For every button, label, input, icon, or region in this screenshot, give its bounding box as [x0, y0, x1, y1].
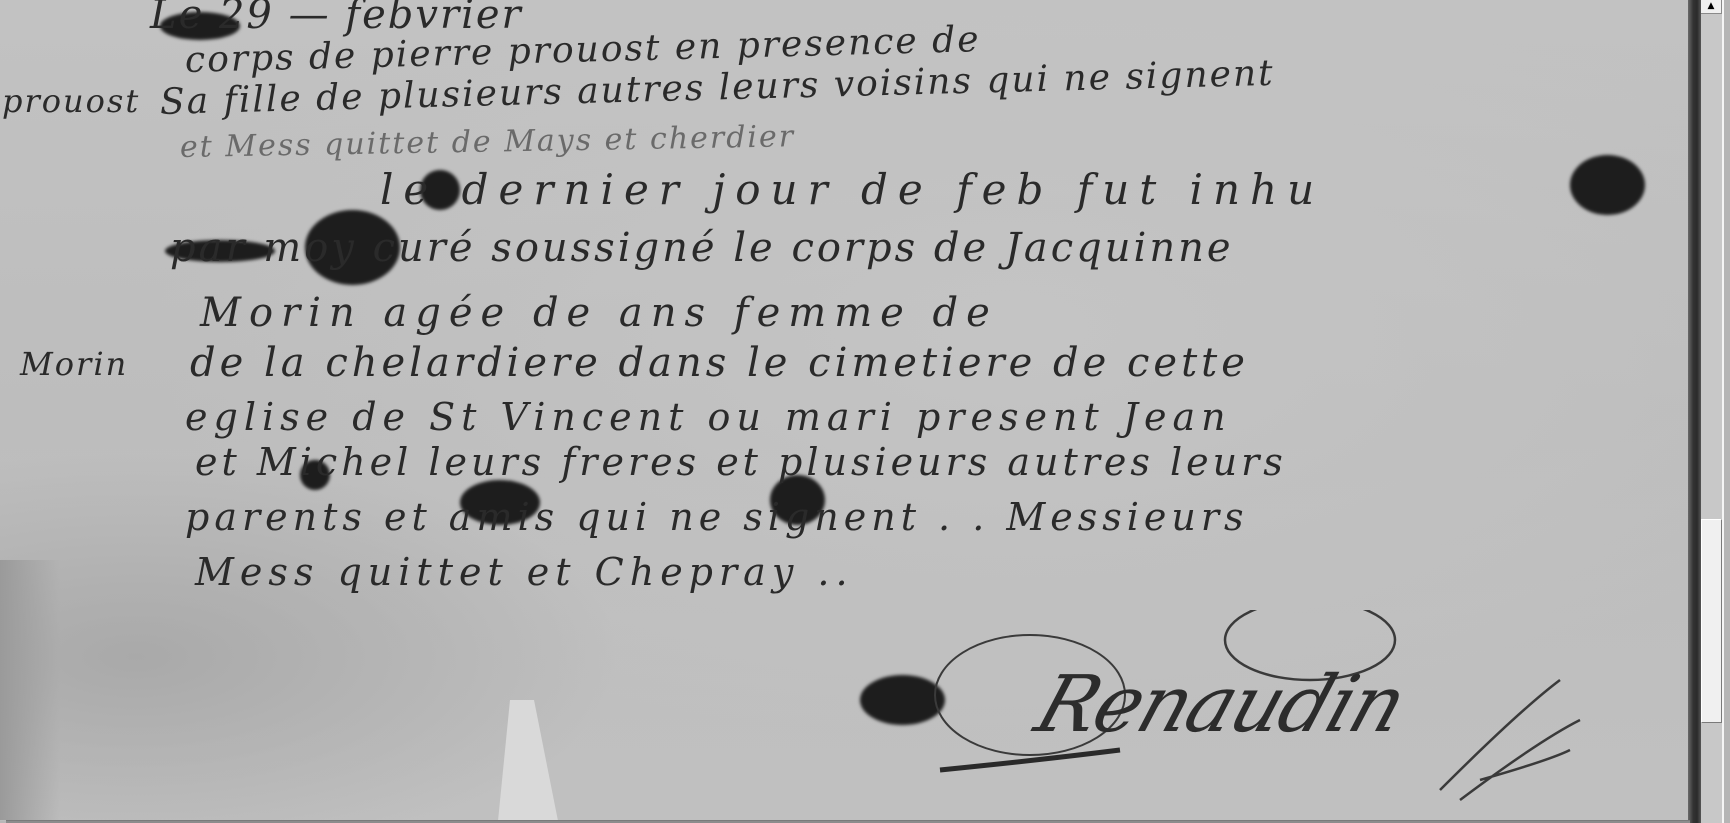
page-border	[1688, 0, 1701, 823]
vertical-scrollbar[interactable]: ▲	[1701, 0, 1722, 823]
signature: Renaudin	[1025, 660, 1415, 750]
manuscript-line: et Mess quittet de Mays et cherdier	[180, 119, 796, 165]
manuscript-page-image: Le 29 — febvrier corps de pierre prouost…	[0, 0, 1690, 821]
manuscript-line: Morin agée de ans femme de	[200, 290, 998, 336]
manuscript-line: eglise de St Vincent ou mari present Jea…	[185, 395, 1232, 439]
scrollbar-thumb[interactable]	[1701, 519, 1722, 723]
manuscript-line: par moy curé soussigné le corps de Jacqu…	[170, 225, 1234, 271]
image-viewer: Le 29 — febvrier corps de pierre prouost…	[0, 0, 1730, 823]
window-edge	[1724, 0, 1730, 823]
margin-note: Morin	[20, 345, 128, 383]
manuscript-line: Mess quittet et Chepray ..	[195, 550, 854, 594]
scroll-up-button[interactable]: ▲	[1701, 0, 1722, 14]
manuscript-line: et Michel leurs freres et plusieurs autr…	[195, 440, 1287, 484]
manuscript-line: de la chelardiere dans le cimetiere de c…	[190, 340, 1249, 386]
paper-stain	[0, 560, 60, 820]
manuscript-line: le dernier jour de feb fut inhu	[380, 165, 1324, 214]
margin-note: prouost	[2, 82, 140, 120]
ink-blot	[1570, 155, 1645, 215]
arrow-up-icon: ▲	[1708, 2, 1715, 11]
manuscript-line: parents et amis qui ne signent . . Messi…	[185, 495, 1249, 539]
paper-tear	[498, 700, 558, 821]
